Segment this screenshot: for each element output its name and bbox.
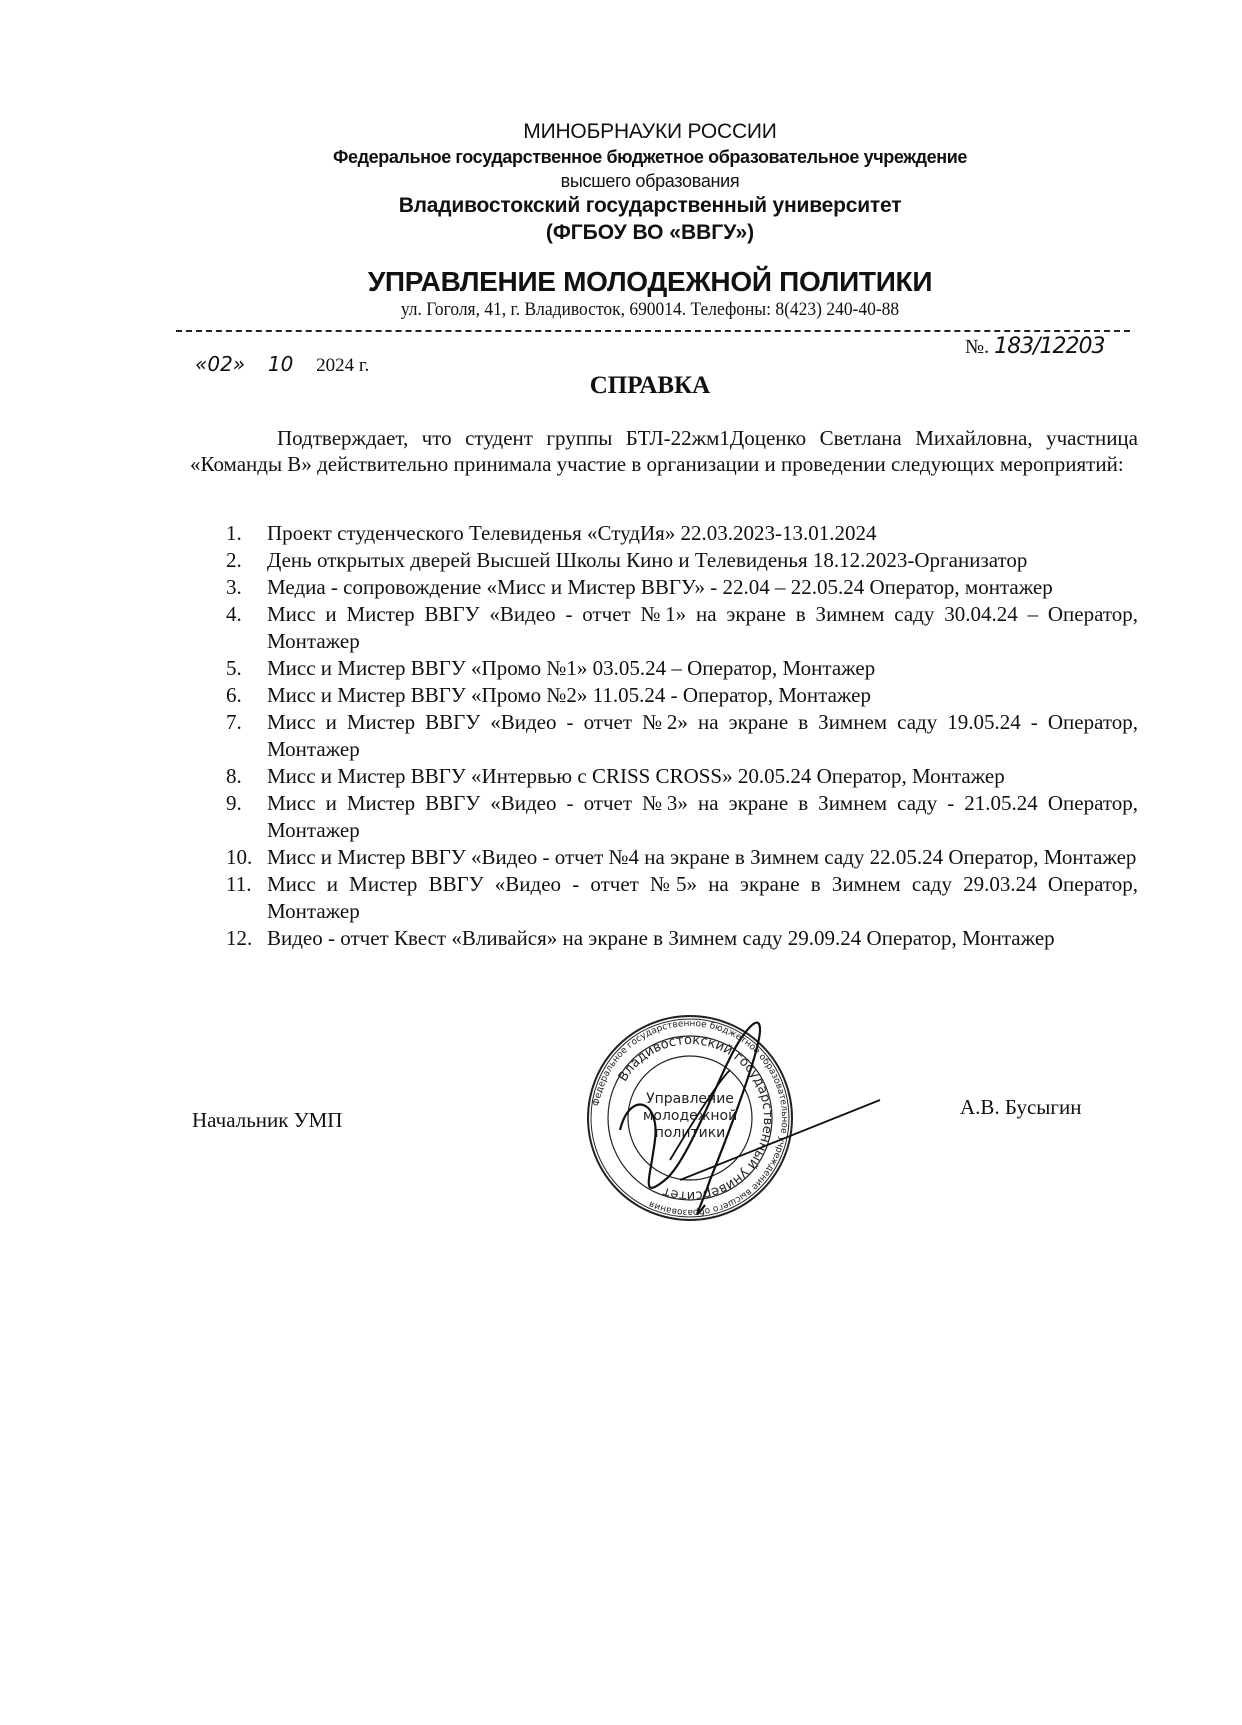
event-text: Мисс и Мистер ВВГУ «Видео - отчет №2» на… (267, 710, 1138, 761)
event-item: 10.Мисс и Мистер ВВГУ «Видео - отчет №4 … (190, 844, 1138, 871)
event-number: 11. (226, 871, 266, 898)
event-text: Мисс и Мистер ВВГУ «Промо №1» 03.05.24 –… (267, 656, 875, 680)
event-item: 7.Мисс и Мистер ВВГУ «Видео - отчет №2» … (190, 709, 1138, 763)
event-text: Мисс и Мистер ВВГУ «Видео - отчет №1» на… (267, 602, 1138, 653)
event-number: 1. (226, 520, 266, 547)
event-item: 12.Видео - отчет Квест «Вливайся» на экр… (190, 925, 1138, 952)
events-list: 1.Проект студенческого Телевиденья «Студ… (190, 520, 1138, 952)
intro-paragraph: Подтверждает, что студент группы БТЛ-22ж… (190, 425, 1138, 477)
event-number: 12. (226, 925, 266, 952)
event-item: 1.Проект студенческого Телевиденья «Студ… (190, 520, 1138, 547)
department-address: ул. Гоголя, 41, г. Владивосток, 690014. … (282, 299, 1018, 321)
number-value: 183/12203 (994, 334, 1104, 359)
ministry-name: МИНОБРНАУКИ РОССИИ (250, 120, 1050, 144)
event-text: Мисс и Мистер ВВГУ «Интервью с CRISS CRO… (267, 764, 1005, 788)
event-number: 10. (226, 844, 266, 871)
event-text: Мисс и Мистер ВВГУ «Видео - отчет №5» на… (267, 872, 1138, 923)
event-item: 8.Мисс и Мистер ВВГУ «Интервью с CRISS C… (190, 763, 1138, 790)
signature-icon (610, 1010, 890, 1230)
event-number: 7. (226, 709, 266, 736)
institution-level: высшего образования (250, 171, 1050, 192)
event-item: 3.Медиа - сопровождение «Мисс и Мистер В… (190, 574, 1138, 601)
event-item: 5.Мисс и Мистер ВВГУ «Промо №1» 03.05.24… (190, 655, 1138, 682)
event-number: 3. (226, 574, 266, 601)
signer-name: А.В. Бусыгин (960, 1095, 1081, 1120)
event-item: 4.Мисс и Мистер ВВГУ «Видео - отчет №1» … (190, 601, 1138, 655)
event-number: 6. (226, 682, 266, 709)
event-text: Мисс и Мистер ВВГУ «Видео - отчет №4 на … (267, 845, 1136, 869)
event-item: 2.День открытых дверей Высшей Школы Кино… (190, 547, 1138, 574)
date-month: 10 (268, 352, 293, 376)
event-number: 2. (226, 547, 266, 574)
header-divider (176, 330, 1130, 332)
number-prefix: №. (965, 336, 989, 358)
event-item: 9.Мисс и Мистер ВВГУ «Видео - отчет №3» … (190, 790, 1138, 844)
event-text: Проект студенческого Телевиденья «СтудИя… (267, 521, 877, 545)
event-text: Мисс и Мистер ВВГУ «Видео - отчет №3» на… (267, 791, 1138, 842)
event-item: 11.Мисс и Мистер ВВГУ «Видео - отчет №5»… (190, 871, 1138, 925)
event-text: Видео - отчет Квест «Вливайся» на экране… (267, 926, 1055, 950)
signer-position: Начальник УМП (192, 1108, 342, 1133)
document-number: №. 183/12203 (965, 334, 1104, 359)
event-text: День открытых дверей Высшей Школы Кино и… (267, 548, 1027, 572)
event-text: Медиа - сопровождение «Мисс и Мистер ВВГ… (267, 575, 1053, 599)
event-number: 9. (226, 790, 266, 817)
event-number: 8. (226, 763, 266, 790)
institution-type: Федеральное государственное бюджетное об… (250, 147, 1050, 168)
document-title: СПРАВКА (300, 372, 1000, 400)
event-item: 6.Мисс и Мистер ВВГУ «Промо №2» 11.05.24… (190, 682, 1138, 709)
department-name: УПРАВЛЕНИЕ МОЛОДЕЖНОЙ ПОЛИТИКИ (250, 266, 1050, 298)
date-day: «02» (195, 352, 245, 376)
event-number: 5. (226, 655, 266, 682)
event-number: 4. (226, 601, 266, 628)
university-name: Владивостокский государственный универси… (250, 194, 1050, 218)
university-abbreviation: (ФГБОУ ВО «ВВГУ») (250, 221, 1050, 245)
event-text: Мисс и Мистер ВВГУ «Промо №2» 11.05.24 -… (267, 683, 871, 707)
